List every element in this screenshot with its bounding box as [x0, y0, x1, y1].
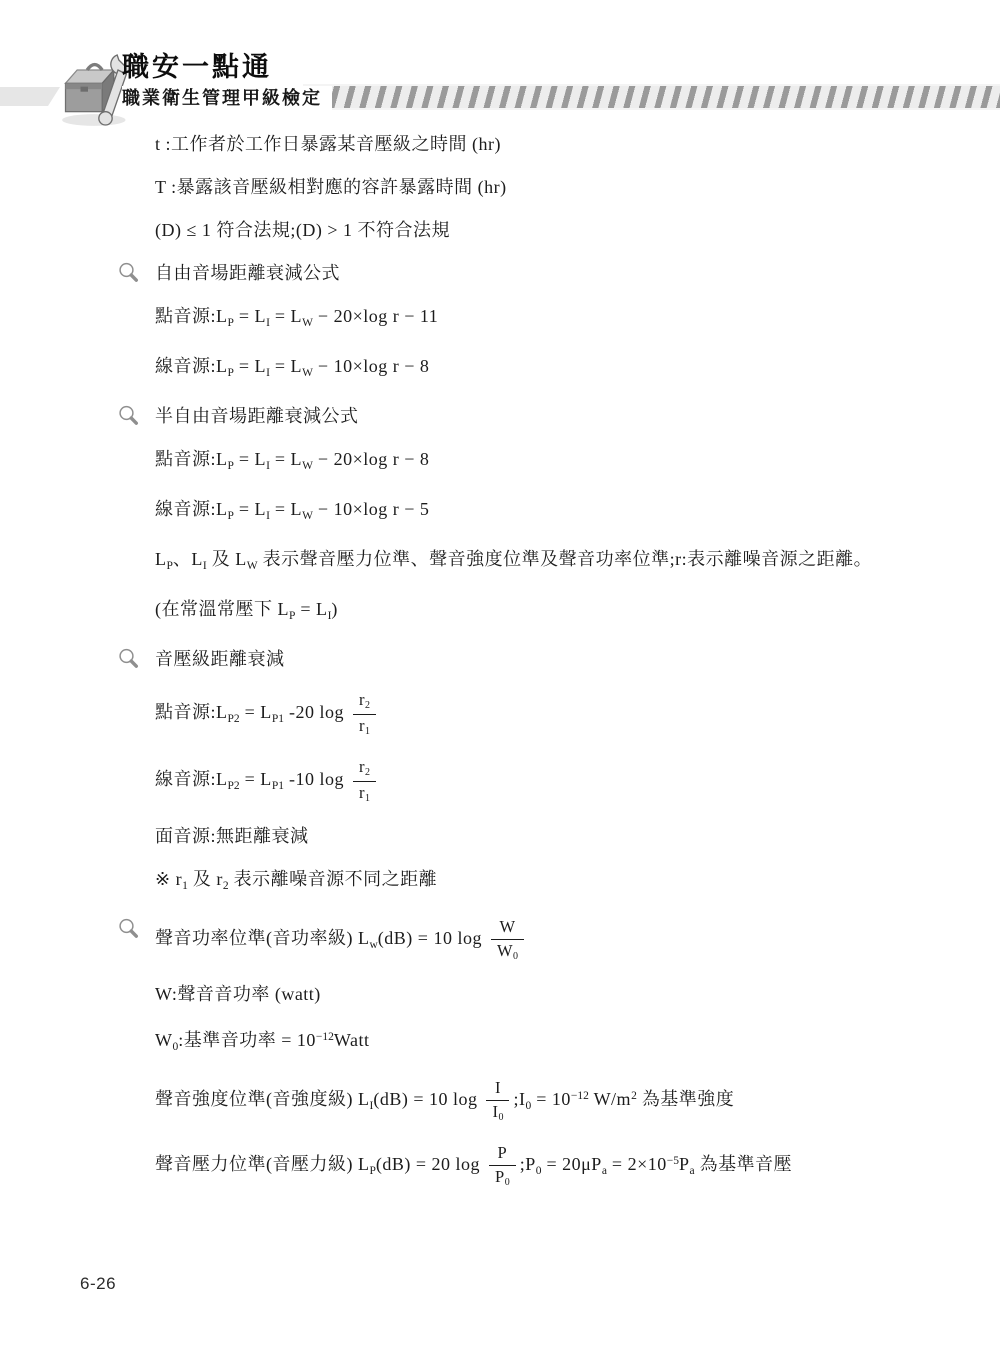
- formula-point-source-free: 點音源:LP = LI = LW − 20×log r − 11: [155, 302, 955, 337]
- subscript: W: [247, 560, 258, 572]
- formula-point-source-semi: 點音源:LP = LI = LW − 20×log r − 8: [155, 445, 955, 480]
- fraction: WW0: [491, 917, 524, 963]
- subscript: 0: [513, 951, 518, 962]
- subscript: P1: [272, 780, 284, 792]
- fraction-denominator: r1: [353, 782, 376, 806]
- subscript: I: [266, 367, 270, 379]
- subscript: P1: [272, 713, 284, 725]
- subscript: 0: [173, 1041, 179, 1053]
- superscript: 2: [631, 1090, 637, 1102]
- fraction-numerator: r2: [353, 690, 376, 715]
- page-number: 6-26: [80, 1274, 116, 1294]
- subscript: 1: [365, 726, 370, 737]
- definition-W: W:聲音音功率 (watt): [155, 980, 955, 1008]
- magnifier-icon: [117, 261, 141, 285]
- page-header: 職安一點通 職業衛生管理甲級檢定: [0, 0, 1000, 130]
- fraction: r2r1: [353, 690, 376, 738]
- definition-line-T: T :暴露該音壓級相對應的容許暴露時間 (hr): [155, 173, 955, 201]
- fraction-numerator: r2: [353, 757, 376, 782]
- subscript: 0: [525, 1100, 531, 1112]
- formula-sound-intensity-level: 聲音強度位準(音強度級) LI(dB) = 10 log II0;I0 = 10…: [155, 1076, 955, 1126]
- fraction: r2r1: [353, 757, 376, 805]
- fraction-numerator: I: [486, 1078, 509, 1101]
- subscript: I: [266, 317, 270, 329]
- subscript: 0: [536, 1165, 542, 1177]
- brand-block: 職安一點通 職業衛生管理甲級檢定: [122, 52, 332, 110]
- section-title-free-field: 自由音場距離衰減公式: [155, 259, 955, 287]
- formula-line-source-free: 線音源:LP = LI = LW − 10×log r − 8: [155, 352, 955, 387]
- fraction-denominator: W0: [491, 940, 524, 964]
- subscript: W: [302, 317, 313, 329]
- subscript: 1: [182, 880, 188, 892]
- page-content: t :工作者於工作日暴露某音壓級之時間 (hr)T :暴露該音壓級相對應的容許暴…: [155, 130, 955, 1206]
- subscript: P2: [228, 713, 240, 725]
- subscript: 2: [365, 700, 370, 711]
- brand-subtitle: 職業衛生管理甲級檢定: [122, 86, 332, 110]
- subscript: P: [228, 510, 234, 522]
- subscript: a: [602, 1165, 607, 1177]
- section-title-spl-attenuation: 音壓級距離衰減: [155, 645, 955, 673]
- subscript: P: [167, 560, 173, 572]
- subscript: I: [203, 560, 207, 572]
- fraction: II0: [486, 1078, 509, 1124]
- subscript: P: [228, 367, 234, 379]
- subscript: w: [369, 939, 377, 951]
- definition-W0: W0:基準音功率 = 10−12Watt: [155, 1023, 955, 1061]
- subscript: W: [302, 460, 313, 472]
- subscript: 0: [498, 1112, 503, 1123]
- book-page: 職安一點通 職業衛生管理甲級檢定 t :工作者於工作日暴露某音壓級之時間 (hr…: [0, 0, 1000, 1357]
- subscript: I: [328, 610, 332, 622]
- magnifier-icon: [117, 647, 141, 671]
- subscript: P: [289, 610, 295, 622]
- subscript: P: [369, 1165, 375, 1177]
- formula-sound-pressure-level: 聲音壓力位準(音壓力級) LP(dB) = 20 log PP0;P0 = 20…: [155, 1141, 867, 1191]
- superscript: −5: [667, 1155, 679, 1167]
- magnifier-icon: [117, 404, 141, 428]
- subscript: 1: [365, 793, 370, 804]
- subscript: W: [302, 510, 313, 522]
- formula-point-source-spl: 點音源:LP2 = LP1 -20 log r2r1: [155, 688, 955, 740]
- fraction-numerator: W: [491, 917, 524, 940]
- section-title-sound-power-level: 聲音功率位準(音功率級) Lw(dB) = 10 log WW0: [155, 915, 955, 965]
- note-r1-r2: ※ r1 及 r2 表示離噪音源不同之距離: [155, 865, 955, 900]
- subscript: I: [266, 460, 270, 472]
- fraction-denominator: I0: [486, 1101, 509, 1125]
- subscript: P: [228, 317, 234, 329]
- superscript: −12: [571, 1090, 589, 1102]
- note-ntp: (在常溫常壓下 LP = LI): [155, 595, 955, 630]
- subscript: 0: [505, 1177, 510, 1188]
- formula-plane-source: 面音源:無距離衰減: [155, 822, 955, 850]
- subscript: 2: [223, 880, 229, 892]
- subscript: 2: [365, 767, 370, 778]
- subscript: P2: [228, 780, 240, 792]
- brand-title: 職安一點通: [122, 52, 332, 82]
- subscript: a: [690, 1165, 695, 1177]
- subscript: I: [266, 510, 270, 522]
- formula-line-source-spl: 線音源:LP2 = LP1 -10 log r2r1: [155, 755, 955, 807]
- subscript: I: [369, 1100, 373, 1112]
- fraction: PP0: [489, 1143, 516, 1189]
- magnifier-icon: [117, 917, 141, 941]
- fraction-denominator: r1: [353, 715, 376, 739]
- hatch-stripe-decoration: [303, 84, 1000, 110]
- fraction-numerator: P: [489, 1143, 516, 1166]
- subscript: W: [302, 367, 313, 379]
- definition-line-D: (D) ≤ 1 符合法規;(D) > 1 不符合法規: [155, 216, 955, 244]
- superscript: −12: [316, 1031, 334, 1043]
- section-title-semi-free-field: 半自由音場距離衰減公式: [155, 402, 955, 430]
- definition-line-t: t :工作者於工作日暴露某音壓級之時間 (hr): [155, 130, 955, 158]
- subscript: P: [228, 460, 234, 472]
- header-band-left: [0, 87, 60, 106]
- note-symbols: LP、LI 及 LW 表示聲音壓力位準、聲音強度位準及聲音功率位準;r:表示離噪…: [155, 545, 955, 580]
- formula-line-source-semi: 線音源:LP = LI = LW − 10×log r − 5: [155, 495, 955, 530]
- fraction-denominator: P0: [489, 1166, 516, 1190]
